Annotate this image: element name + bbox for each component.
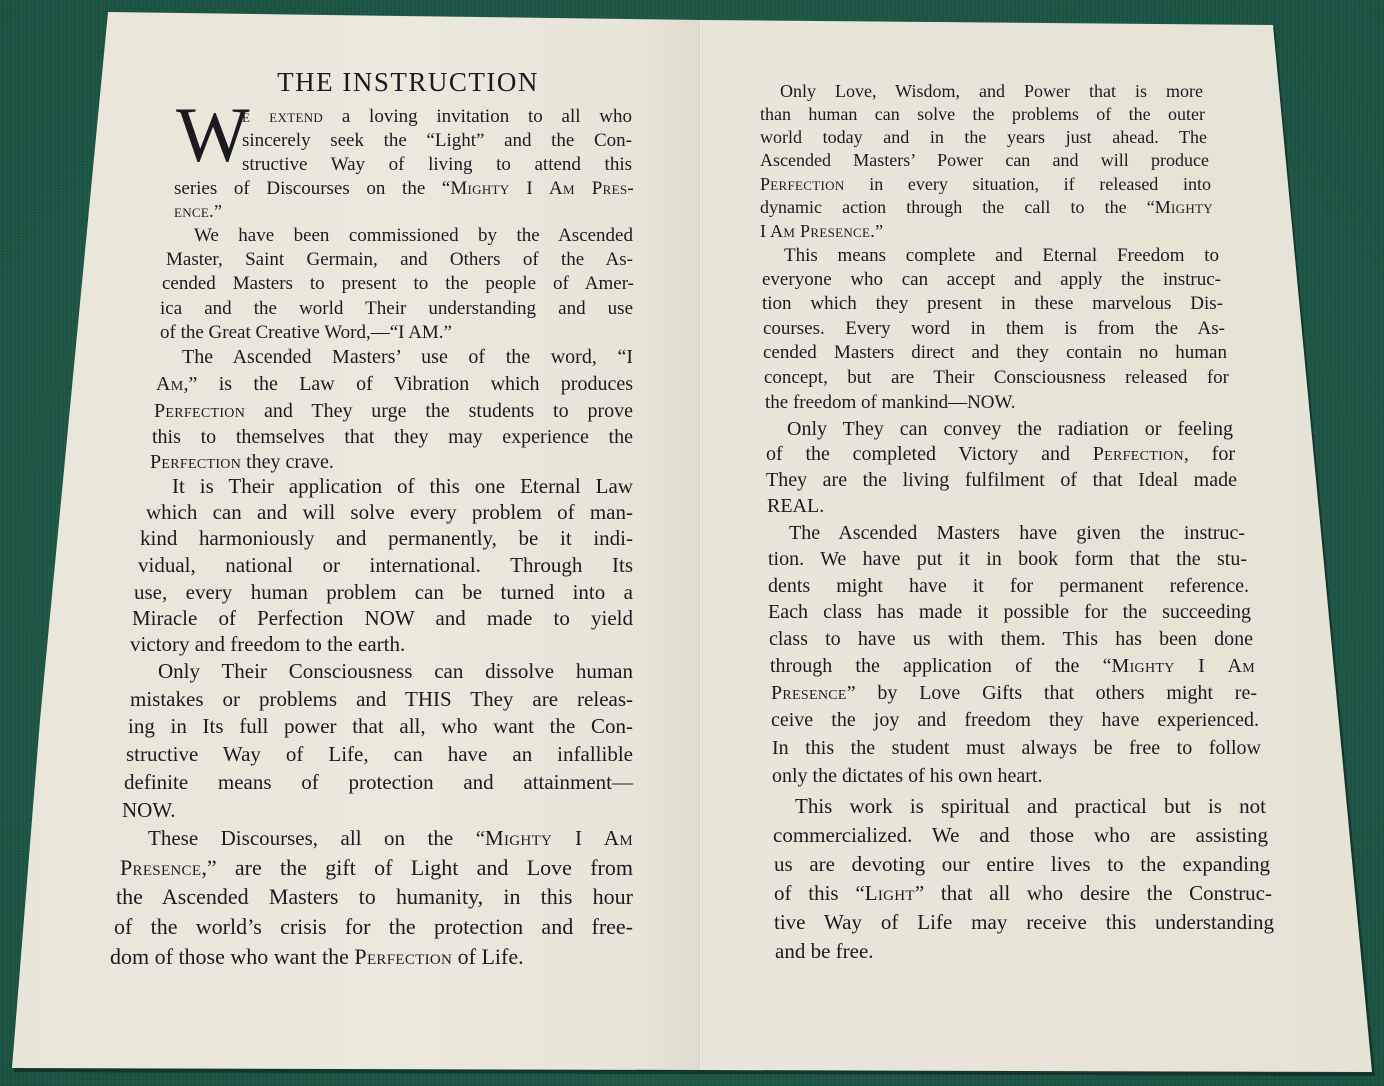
text-line: Master, Saint Germain, and Others of the… bbox=[166, 247, 633, 273]
text-line: We have been commissioned by the Ascende… bbox=[194, 223, 633, 249]
small-caps-text: Presence bbox=[771, 682, 847, 704]
text-span: This means complete and Eternal Freedom … bbox=[784, 245, 1219, 266]
text-line: cended Masters direct and they contain n… bbox=[763, 340, 1227, 366]
text-span: In this the student must always be free … bbox=[772, 737, 1261, 759]
text-line: tion. We have put it in book form that t… bbox=[768, 546, 1247, 572]
text-span: We have been commissioned by the Ascende… bbox=[194, 225, 633, 246]
text-span: ,” are the gift of Light and Love from bbox=[201, 855, 633, 880]
text-span: dents might have it for permanent refere… bbox=[768, 575, 1249, 597]
small-caps-text: Mighty I Am Pres- bbox=[450, 178, 634, 199]
text-span: They are the living fulfilment of that I… bbox=[766, 469, 1237, 491]
text-span: than human can solve the problems of the… bbox=[760, 104, 1205, 124]
text-line: ica and the world Their understanding an… bbox=[160, 296, 633, 322]
small-caps-text: Perfection bbox=[760, 174, 845, 194]
text-line: NOW. bbox=[122, 797, 175, 823]
small-caps-text: Light bbox=[865, 881, 915, 905]
text-span: class to have us with them. This has bee… bbox=[769, 628, 1253, 650]
text-span: , for bbox=[1184, 443, 1235, 465]
text-line: the Ascended Masters to humanity, in thi… bbox=[116, 884, 633, 910]
text-line: This work is spiritual and practical but… bbox=[795, 793, 1266, 819]
text-line: vidual, national or international. Throu… bbox=[138, 552, 633, 578]
text-span: the Ascended Masters to humanity, in thi… bbox=[116, 884, 633, 909]
text-span: ing in Its full power that all, who want… bbox=[128, 714, 633, 738]
fold-shade bbox=[640, 20, 700, 1070]
text-line: victory and freedom to the earth. bbox=[130, 631, 405, 657]
text-line: kind harmoniously and permanently, be it… bbox=[140, 525, 633, 551]
text-span: Miracle of Perfection NOW and made to yi… bbox=[132, 606, 633, 630]
text-line: structive Way of Life, can have an infal… bbox=[126, 741, 633, 767]
text-span: cended Masters direct and they contain n… bbox=[763, 342, 1227, 363]
text-span: series of Discourses on the “ bbox=[174, 178, 450, 199]
center-fold bbox=[699, 20, 701, 1070]
text-span: NOW. bbox=[122, 798, 175, 822]
text-line: concept, but are Their Consciousness rel… bbox=[764, 365, 1229, 391]
text-line: I Am Presence.” bbox=[760, 218, 883, 244]
text-span: ” that all who desire the Construc- bbox=[915, 881, 1272, 905]
text-line: commercialized. We and those who are ass… bbox=[773, 822, 1268, 848]
text-span: mistakes or problems and THIS They are r… bbox=[130, 687, 633, 711]
small-caps-text: e extend bbox=[242, 106, 323, 127]
text-line: us are devoting our entire lives to the … bbox=[774, 851, 1270, 877]
text-line: of the world’s crisis for the protection… bbox=[114, 914, 633, 940]
text-line: which can and will solve every problem o… bbox=[146, 499, 633, 525]
text-span: of this “ bbox=[774, 881, 865, 905]
text-span: which can and will solve every problem o… bbox=[146, 500, 633, 524]
small-caps-text: Mighty bbox=[1155, 197, 1213, 217]
small-caps-text: Perfection bbox=[150, 451, 241, 473]
text-span: victory and freedom to the earth. bbox=[130, 632, 405, 656]
text-span: of the Great Creative Word,—“I AM.” bbox=[160, 322, 452, 343]
small-caps-text: Mighty I Am bbox=[1112, 655, 1256, 677]
text-span: kind harmoniously and permanently, be it… bbox=[140, 526, 633, 550]
text-span: ica and the world Their understanding an… bbox=[160, 298, 633, 319]
text-line: It is Their application of this one Eter… bbox=[172, 473, 633, 499]
text-line: Am,” is the Law of Vibration which produ… bbox=[156, 371, 633, 397]
text-line: everyone who can accept and apply the in… bbox=[762, 267, 1221, 293]
text-span: courses. Every word in them is from the … bbox=[763, 318, 1225, 339]
text-span: Ascended Masters’ Power can and will pro… bbox=[760, 150, 1209, 170]
text-span: structive Way of living to attend this bbox=[242, 154, 632, 175]
small-caps-text: Am bbox=[156, 373, 184, 395]
text-line: Only Their Consciousness can dissolve hu… bbox=[158, 658, 633, 684]
text-span: These Discourses, all on the “ bbox=[148, 826, 485, 850]
text-span: vidual, national or international. Throu… bbox=[138, 553, 633, 577]
text-span: dynamic action through the call to the “ bbox=[760, 197, 1155, 217]
small-caps-text: ence. bbox=[174, 201, 214, 221]
small-caps-text: Perfection bbox=[154, 400, 245, 422]
text-span: Only They can convey the radiation or fe… bbox=[787, 418, 1233, 440]
text-line: The Ascended Masters’ use of the word, “… bbox=[182, 344, 633, 370]
text-span: ceive the joy and freedom they have expe… bbox=[771, 709, 1259, 731]
text-line: dents might have it for permanent refere… bbox=[768, 573, 1249, 599]
text-line: structive Way of living to attend this bbox=[242, 152, 632, 178]
text-line: Miracle of Perfection NOW and made to yi… bbox=[132, 605, 633, 631]
text-line: tion which they present in these marvelo… bbox=[762, 291, 1223, 317]
text-span: commercialized. We and those who are ass… bbox=[773, 823, 1268, 847]
text-line: and be free. bbox=[775, 938, 874, 964]
text-span: ” bbox=[214, 201, 222, 221]
text-span: tive Way of Life may receive this unders… bbox=[774, 910, 1274, 934]
text-span: Master, Saint Germain, and Others of the… bbox=[166, 249, 633, 270]
small-caps-text: Mighty I Am bbox=[485, 826, 633, 850]
text-line: Each class has made it possible for the … bbox=[768, 599, 1251, 625]
text-line: class to have us with them. This has bee… bbox=[769, 626, 1253, 652]
text-line: These Discourses, all on the “Mighty I A… bbox=[148, 825, 633, 851]
text-line: ing in Its full power that all, who want… bbox=[128, 713, 633, 739]
text-line: This means complete and Eternal Freedom … bbox=[784, 243, 1219, 269]
text-line: dynamic action through the call to the “… bbox=[760, 194, 1213, 220]
text-line: of the completed Victory and Perfection,… bbox=[766, 441, 1235, 467]
text-line: e extend a loving invitation to all who bbox=[242, 104, 632, 130]
text-span: through the application of the “ bbox=[770, 655, 1112, 677]
text-span: sincerely seek the “Light” and the Con- bbox=[242, 130, 632, 151]
small-caps-text: Presence bbox=[120, 855, 201, 880]
text-line: use, every human problem can be turned i… bbox=[134, 579, 633, 605]
small-caps-text: Perfection bbox=[354, 944, 452, 969]
text-span: and They urge the students to prove bbox=[245, 400, 633, 422]
text-span: everyone who can accept and apply the in… bbox=[762, 269, 1221, 290]
text-span: in every situation, if released into bbox=[845, 174, 1211, 194]
text-line: Presence” by Love Gifts that others migh… bbox=[771, 680, 1257, 706]
text-line: sincerely seek the “Light” and the Con- bbox=[242, 128, 632, 154]
text-span: concept, but are Their Consciousness rel… bbox=[764, 367, 1229, 388]
small-caps-text: I Am Presence. bbox=[760, 221, 875, 241]
text-line: The Ascended Masters have given the inst… bbox=[789, 520, 1245, 546]
text-span: It is Their application of this one Eter… bbox=[172, 474, 633, 498]
text-span: Each class has made it possible for the … bbox=[768, 601, 1251, 623]
page-title: THE INSTRUCTION bbox=[252, 66, 564, 98]
text-line: series of Discourses on the “Mighty I Am… bbox=[174, 176, 634, 202]
text-span: the freedom of mankind—NOW. bbox=[765, 392, 1015, 413]
text-span: ,” is the Law of Vibration which produce… bbox=[184, 373, 634, 395]
text-line: They are the living fulfilment of that I… bbox=[766, 467, 1237, 493]
text-line: Perfection they crave. bbox=[150, 449, 334, 475]
text-line: Presence,” are the gift of Light and Lov… bbox=[120, 855, 633, 881]
text-line: courses. Every word in them is from the … bbox=[763, 316, 1225, 342]
text-span: of the completed Victory and bbox=[766, 443, 1093, 465]
text-line: tive Way of Life may receive this unders… bbox=[774, 909, 1274, 935]
text-span: a loving invitation to all who bbox=[323, 106, 632, 127]
text-span: us are devoting our entire lives to the … bbox=[774, 852, 1270, 876]
text-span: they crave. bbox=[241, 451, 334, 473]
text-line: through the application of the “Mighty I… bbox=[770, 653, 1255, 679]
text-span: REAL. bbox=[767, 495, 824, 517]
text-line: In this the student must always be free … bbox=[772, 735, 1261, 761]
small-caps-text: Perfection bbox=[1093, 443, 1184, 465]
text-span: of the world’s crisis for the protection… bbox=[114, 914, 633, 939]
text-span: definite means of protection and attainm… bbox=[124, 770, 633, 794]
drop-cap: W bbox=[176, 96, 250, 174]
text-span: tion. We have put it in book form that t… bbox=[768, 548, 1247, 570]
text-line: of the Great Creative Word,—“I AM.” bbox=[160, 320, 452, 346]
text-line: the freedom of mankind—NOW. bbox=[765, 390, 1015, 416]
text-span: only the dictates of his own heart. bbox=[772, 765, 1043, 787]
text-span: structive Way of Life, can have an infal… bbox=[126, 742, 633, 766]
text-line: of this “Light” that all who desire the … bbox=[774, 880, 1272, 906]
text-span: of Life. bbox=[452, 944, 523, 969]
text-span: cended Masters to present to the people … bbox=[162, 273, 634, 294]
text-span: ” by Love Gifts that others might re- bbox=[847, 682, 1257, 704]
text-span: tion which they present in these marvelo… bbox=[762, 293, 1223, 314]
text-line: this to themselves that they may experie… bbox=[152, 424, 633, 450]
text-span: The Ascended Masters’ use of the word, “… bbox=[182, 346, 633, 368]
text-span: this to themselves that they may experie… bbox=[152, 426, 633, 448]
text-span: Only Love, Wisdom, and Power that is mor… bbox=[780, 81, 1203, 101]
text-span: use, every human problem can be turned i… bbox=[134, 580, 633, 604]
text-line: definite means of protection and attainm… bbox=[124, 769, 633, 795]
text-line: REAL. bbox=[767, 493, 824, 519]
text-line: ence.” bbox=[174, 198, 222, 224]
text-span: The Ascended Masters have given the inst… bbox=[789, 522, 1245, 544]
text-line: only the dictates of his own heart. bbox=[772, 763, 1043, 789]
text-line: mistakes or problems and THIS They are r… bbox=[130, 686, 633, 712]
text-line: cended Masters to present to the people … bbox=[162, 271, 634, 297]
text-span: and be free. bbox=[775, 939, 874, 963]
text-span: Only Their Consciousness can dissolve hu… bbox=[158, 659, 633, 683]
text-line: Perfection and They urge the students to… bbox=[154, 398, 633, 424]
text-line: ceive the joy and freedom they have expe… bbox=[771, 707, 1259, 733]
text-span: world today and in the years just ahead.… bbox=[760, 127, 1207, 147]
text-line: Ascended Masters’ Power can and will pro… bbox=[760, 147, 1209, 173]
text-span: dom of those who want the bbox=[110, 944, 354, 969]
text-line: dom of those who want the Perfection of … bbox=[110, 944, 524, 970]
text-span: This work is spiritual and practical but… bbox=[795, 794, 1266, 818]
text-span: ” bbox=[875, 221, 883, 241]
text-line: Only They can convey the radiation or fe… bbox=[787, 416, 1233, 442]
